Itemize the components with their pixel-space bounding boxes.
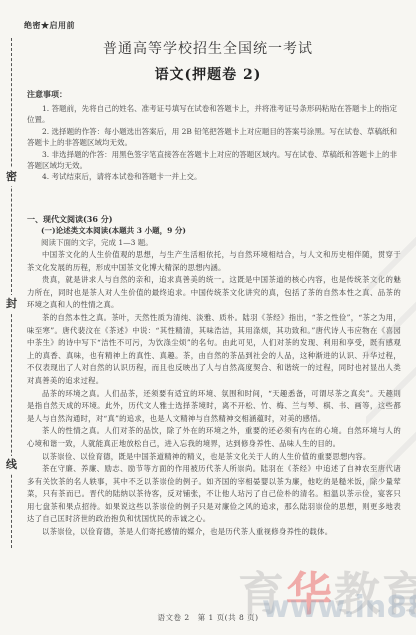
margin-label-seal-3: 线 [4, 456, 19, 474]
note-item: 2. 选择题的作答：每小题选出答案后，用 2B 铅笔把答题卡上对应题目的答案号涂… [27, 126, 397, 149]
diagonal-watermark [366, 230, 416, 490]
passage-paragraph: 以茶崇俭，以俭育德，茶是人们寄托感情的媒介，也是历代茶人重视修身养性的载体。 [27, 526, 401, 539]
passage-paragraph: 以茶崇俭、以俭育德，既是中国茶道精神的精义，也是茶文化关于人的人生价值的重要思想… [27, 451, 401, 464]
margin-label-seal-2: 封 [4, 295, 19, 313]
passage-paragraph: 中国茶文化的人生价值观的思想，与生产生活相依托，与自然环境相结合，与人文和历史相… [27, 249, 401, 274]
note-item: 3. 非选择题的作答：用黑色签字笔直接答在答题卡上对应的答题区域内。写在试卷、草… [27, 149, 397, 172]
passage-paragraph: 茶在守廉、养廉、励志、励节等方面的作用被历代茶人所崇尚。陆羽在《茶经》中追述了自… [27, 463, 401, 526]
notes-block: 注意事项： 1. 答题前，先将自己的姓名、准考证号填写在试卷和答题卡上，并将准考… [27, 89, 397, 183]
section-subheading: (一)论述类文本阅读(本题共 3 小题，9 分) [27, 225, 401, 237]
margin-label-seal-1: 密 [4, 168, 19, 186]
section-instruction: 阅读下面的文字，完成 1—3 题。 [27, 237, 401, 249]
exam-title: 普通高等学校招生全国统一考试 [0, 38, 416, 58]
url-watermark: www.in88.com [262, 590, 416, 625]
passage-paragraph: 茶的自然本性之真。茶叶，天然性质为清纯、淡雅、质朴。陆羽《茶经》指出，“茶之性俭… [27, 312, 401, 388]
notes-heading: 注意事项： [27, 89, 397, 100]
passage-paragraph: 茶人的性情之真。人们对茶的品饮，除了外在的环境之外，重要的还必须有内在的心境。自… [27, 425, 401, 450]
note-item: 4. 考试结束后，请将本试卷和答题卡一并上交。 [27, 171, 397, 182]
reading-section: 一、现代文阅读(36 分) (一)论述类文本阅读(本题共 3 小题，9 分) 阅… [27, 213, 401, 539]
note-item: 1. 答题前，先将自己的姓名、准考证号填写在试卷和答题卡上，并将准考证号条形码粘… [27, 103, 397, 126]
exam-subtitle: 语文(押题卷 2) [0, 64, 416, 84]
passage-paragraph: 品茶的环境之真。人们品茶，还须要有适宜的环境、氛围和时间，“天趣悉备，可谓尽茶之… [27, 388, 401, 426]
secret-label: 绝密★启用前 [24, 20, 75, 31]
passage-paragraph: 贵真，就是讲求人与自然的亲和，追求真善美的统一。这既是中国茶道的核心内容，也是传… [27, 274, 401, 312]
exam-page: 密 封 线 绝密★启用前 普通高等学校招生全国统一考试 语文(押题卷 2) 注意… [0, 0, 416, 635]
section-heading: 一、现代文阅读(36 分) [27, 213, 401, 225]
